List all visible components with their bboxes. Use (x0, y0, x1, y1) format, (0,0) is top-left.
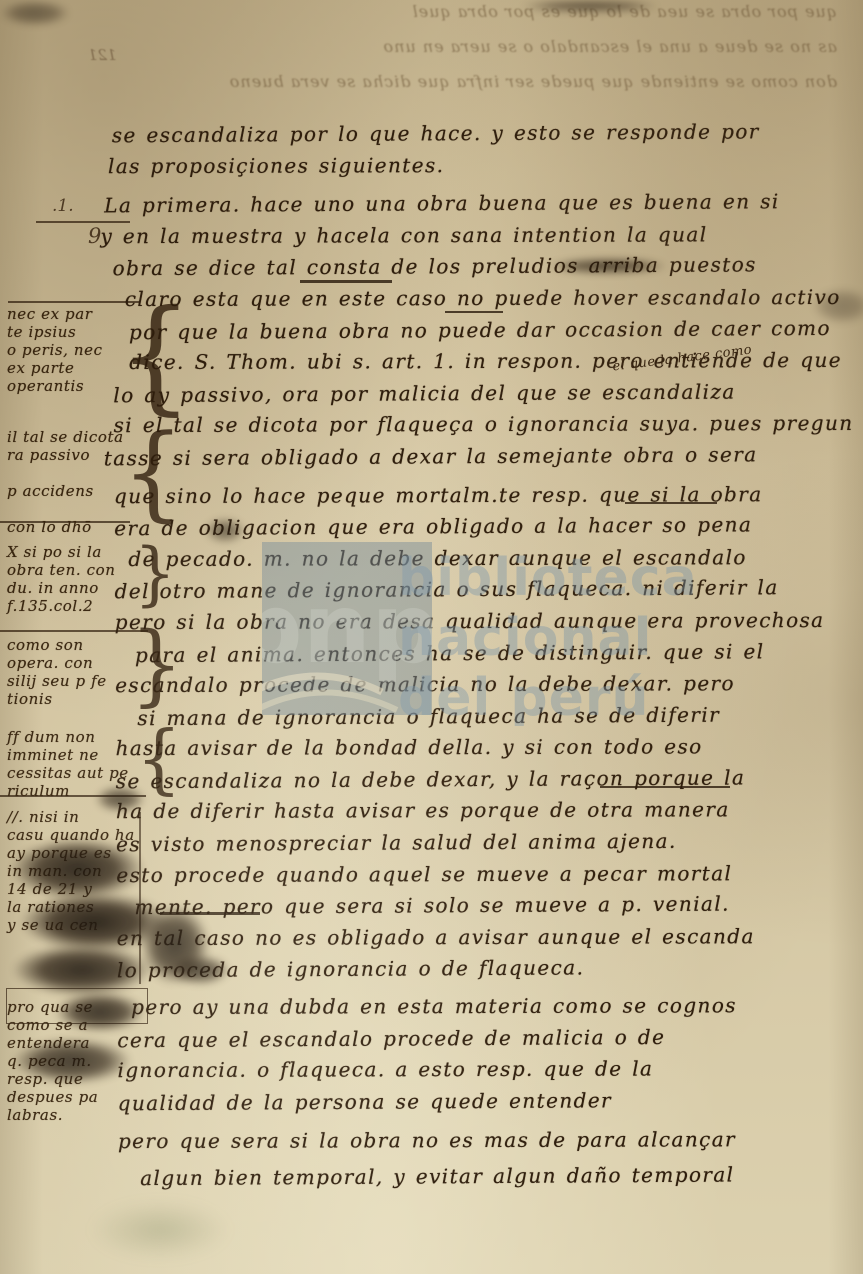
manuscript-line: mente. pero que sera si solo se mueve a … (134, 891, 863, 927)
ink-blot (10, 838, 145, 900)
manuscript-line: es visto menospreciar la salud del anima… (116, 828, 863, 864)
margin-mark-9: 9 (88, 224, 101, 248)
manuscript-line: hasta avisar de la bondad della. y si co… (116, 734, 863, 768)
ink-blot (0, 0, 70, 26)
ink-blot (812, 288, 863, 324)
manuscript-line: pero que sera si la obra no es mas de pa… (118, 1127, 863, 1161)
manuscript-line: que sino lo hace peque mortalm.te resp. … (114, 481, 862, 515)
ink-underline (300, 280, 392, 283)
folio-number-bleed: 121 (88, 46, 117, 64)
manuscript-line: La primera. hace uno una obra buena que … (104, 189, 860, 225)
manuscript-line: ignorancia. o flaqueca. a esto resp. que… (117, 1056, 863, 1090)
manuscript-line: esto procede quando aquel se mueve a pec… (116, 861, 863, 895)
watermark-word: del perú (398, 668, 698, 728)
manuscript-line: las proposiçiones siguientes. (108, 151, 860, 185)
manuscript-line: si el tal se dicota por flaqueça o ignor… (114, 411, 862, 445)
manuscript-line: se escandaliza por lo que hace. y esto s… (112, 119, 860, 155)
ink-blot (12, 944, 152, 996)
ink-blot (95, 786, 145, 812)
manuscript-line: lo ay passivo, ora por malicia del que s… (113, 378, 861, 414)
bleedthrough-line: que por obra se uea de lo que es por obr… (0, 2, 863, 37)
manuscript-line: obra se dice tal consta de los preludios… (113, 252, 861, 288)
watermark-text: bibliotecanacionaldel perú (398, 548, 698, 728)
watermark-word: biblioteca (398, 548, 698, 608)
ink-blot (12, 1038, 132, 1084)
bleedthrough-text: que por obra se uea de lo que es por obr… (0, 2, 863, 107)
ink-blot (205, 518, 245, 543)
manuscript-line: qualidad de la persona se quede entender (118, 1087, 863, 1123)
manuscript-line: ha de diferir hasta avisar es porque de … (116, 797, 863, 831)
ink-blot (548, 258, 668, 274)
watermark-word: nacional (398, 608, 698, 668)
manuscript-line: algun bien temporal, y evitar algun daño… (140, 1162, 863, 1198)
ink-blot (520, 0, 660, 12)
faded-stain (90, 1200, 230, 1260)
ink-blot (55, 992, 145, 1032)
ink-blot (170, 955, 230, 985)
manuscript-line: se escandaliza no la debe dexar, y la ra… (116, 765, 863, 801)
manuscript-line: y en la muestra y hacela con sana intent… (100, 222, 860, 256)
ink-underline (625, 502, 717, 504)
manuscript-line: cera que el escandalo procede de malicia… (117, 1023, 863, 1059)
manuscript-line: pero ay una dubda en esta materia como s… (131, 993, 863, 1027)
bleedthrough-line: don como se entiende que puede ser infra… (0, 72, 863, 107)
ink-underline (445, 311, 503, 313)
manuscript-line: claro esta que en este caso no puede hov… (125, 285, 861, 319)
manuscript-page: que por obra se uea de lo que es por obr… (0, 0, 863, 1274)
manuscript-line: tasse si sera obligado a dexar la semeja… (104, 442, 862, 478)
bleedthrough-line: as no se deue a una el escandalo o se ue… (0, 37, 863, 72)
manuscript-line: en tal caso no es obligado a avisar aunq… (117, 924, 863, 958)
ink-underline (600, 786, 730, 788)
margin-mark-1: .1. (52, 196, 74, 216)
